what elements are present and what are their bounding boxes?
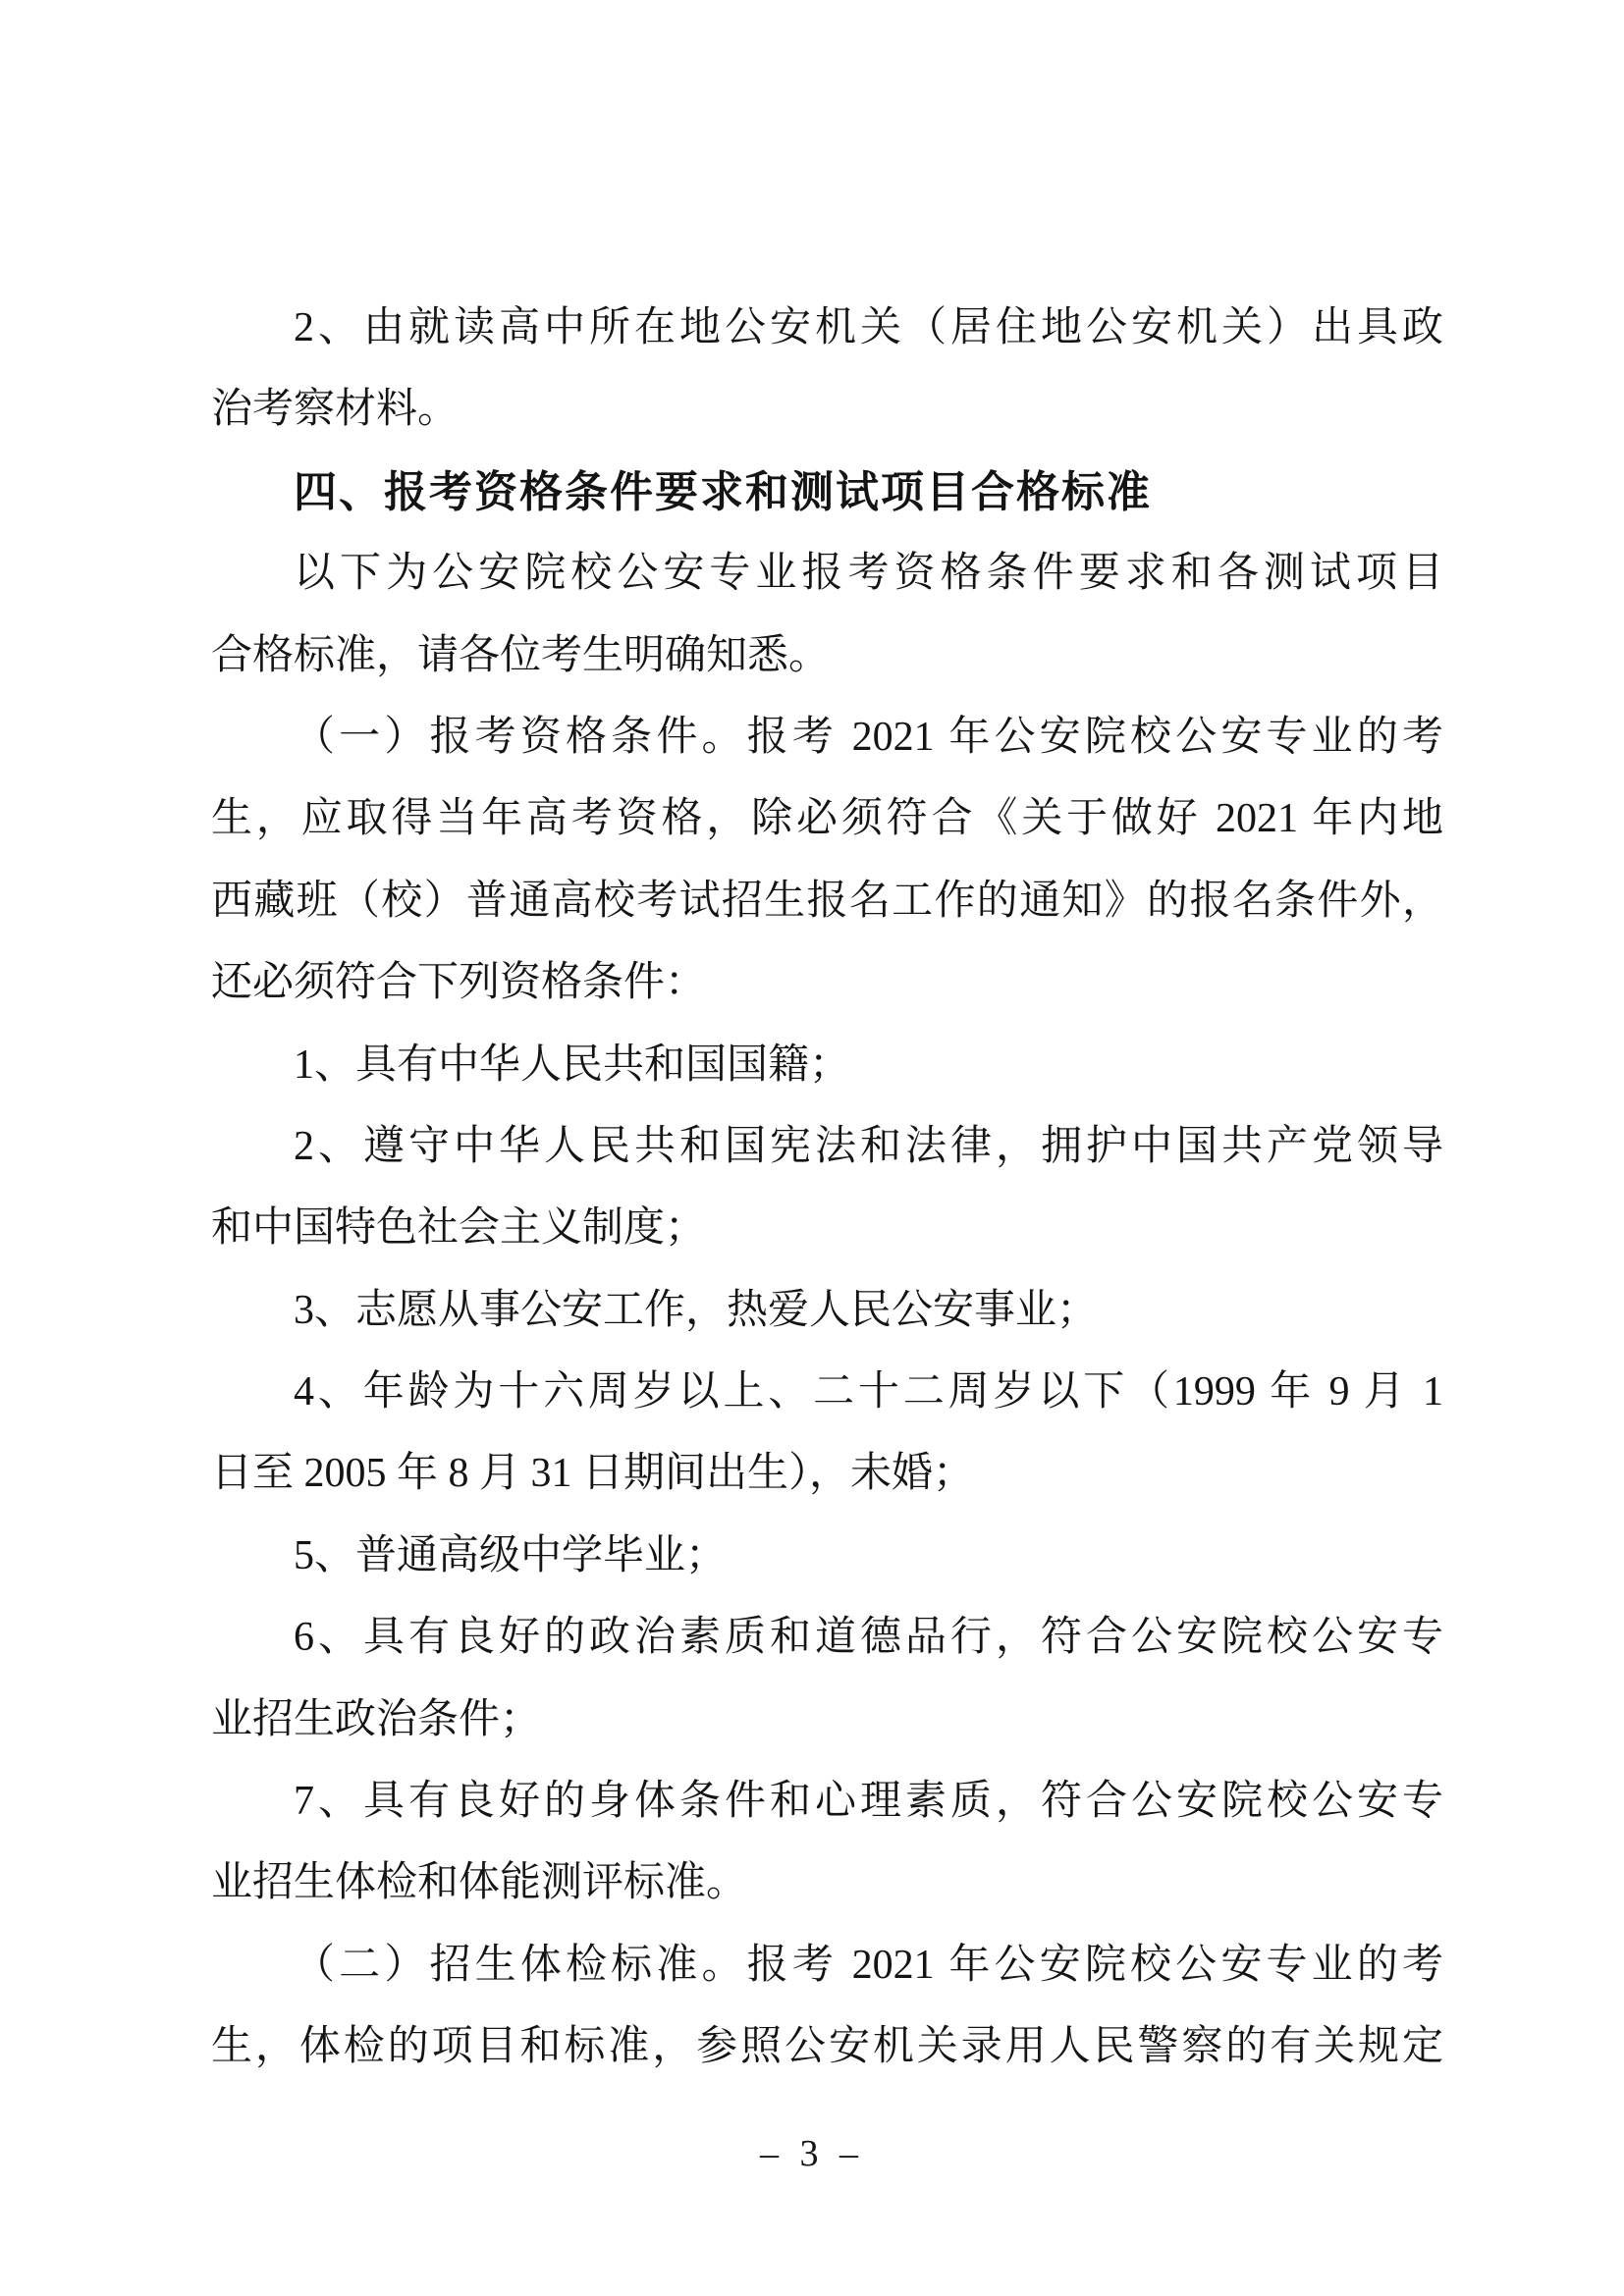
text-line: 5、普通高级中学毕业； <box>211 1516 1443 1597</box>
text-line: 4、年龄为十六周岁以上、二十二周岁以下（1999 年 9 月 1 <box>211 1352 1443 1433</box>
document-page: 2、由就读高中所在地公安机关（居住地公安机关）出具政 治考察材料。 四、报考资格… <box>0 0 1624 2296</box>
text-line: 以下为公安院校公安专业报考资格条件要求和各测试项目 <box>211 533 1443 614</box>
text-line: 3、志愿从事公安工作，热爱人民公安事业； <box>211 1270 1443 1352</box>
text-line: 还必须符合下列资格条件： <box>211 942 1443 1024</box>
text-line: 7、具有良好的身体条件和心理素质，符合公安院校公安专 <box>211 1761 1443 1842</box>
text-line: 2、由就读高中所在地公安机关（居住地公安机关）出具政 <box>211 288 1443 369</box>
text-line: （一）报考资格条件。报考 2021 年公安院校公安专业的考 <box>211 697 1443 778</box>
text-line: （二）招生体检标准。报考 2021 年公安院校公安专业的考 <box>211 1925 1443 2006</box>
text-line: 业招生政治条件； <box>211 1680 1443 1761</box>
text-line: 2、遵守中华人民共和国宪法和法律，拥护中国共产党领导 <box>211 1106 1443 1188</box>
text-line: 6、具有良好的政治素质和道德品行，符合公安院校公安专 <box>211 1597 1443 1679</box>
body-text: 2、由就读高中所在地公安机关（居住地公安机关）出具政 治考察材料。 四、报考资格… <box>211 288 1443 2089</box>
text-line: 合格标准，请各位考生明确知悉。 <box>211 615 1443 697</box>
text-line: 和中国特色社会主义制度； <box>211 1188 1443 1269</box>
text-line: 生，应取得当年高考资格，除必须符合《关于做好 2021 年内地 <box>211 778 1443 860</box>
text-line: 生，体检的项目和标准，参照公安机关录用人民警察的有关规定 <box>211 2006 1443 2088</box>
text-line: 日至 2005 年 8 月 31 日期间出生），未婚； <box>211 1433 1443 1515</box>
text-line: 1、具有中华人民共和国国籍； <box>211 1025 1443 1106</box>
text-line: 治考察材料。 <box>211 369 1443 451</box>
text-line: 西藏班（校）普通高校考试招生报名工作的通知》的报名条件外， <box>211 861 1443 942</box>
text-line: 业招生体检和体能测评标准。 <box>211 1842 1443 1924</box>
page-number: – 3 – <box>0 2132 1624 2175</box>
section-heading: 四、报考资格条件要求和测试项目合格标准 <box>211 452 1443 533</box>
